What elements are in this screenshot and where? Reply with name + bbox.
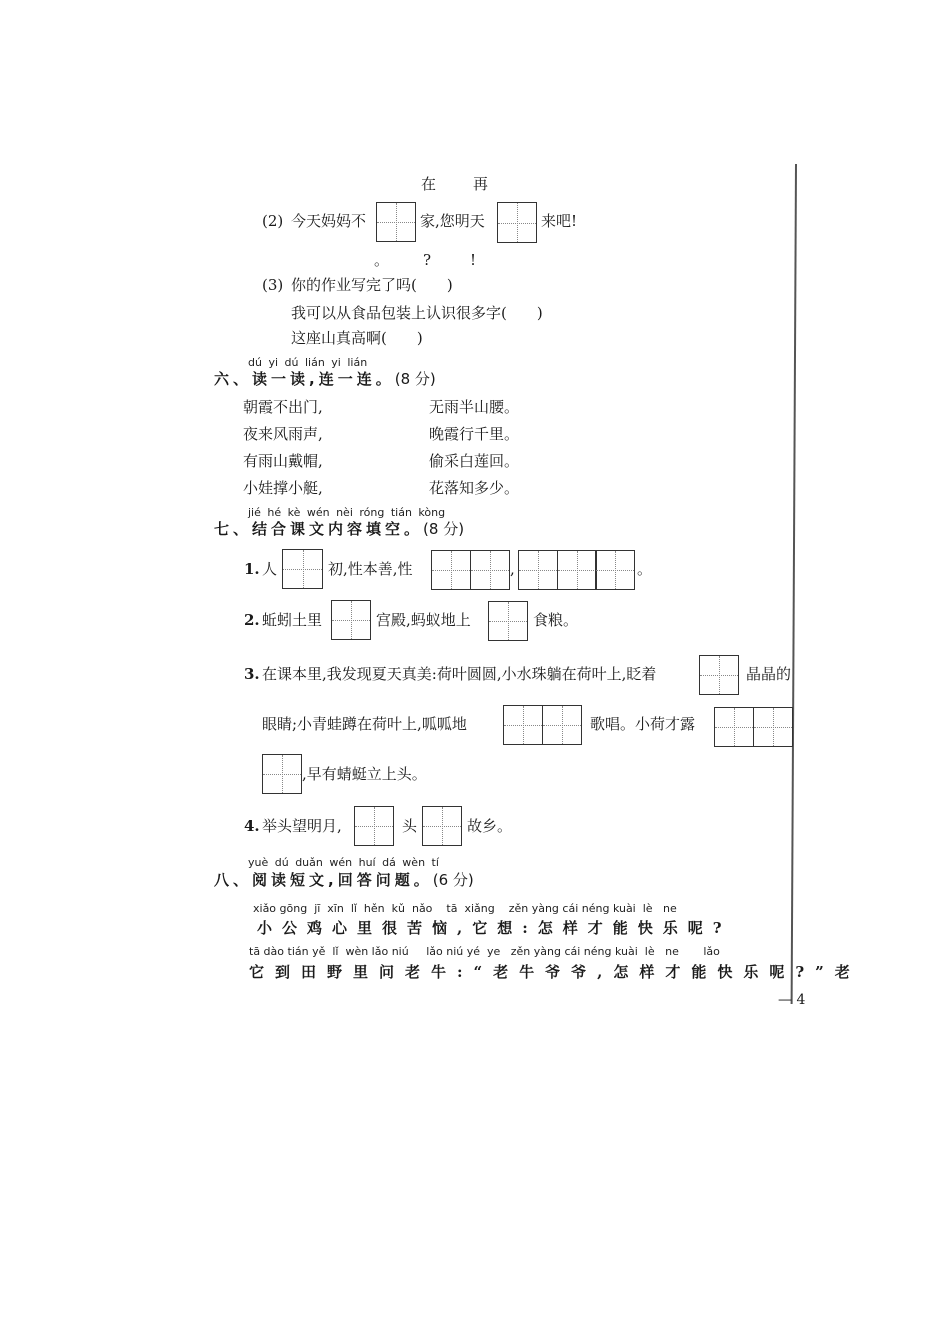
page-number: — 4 <box>778 993 805 1007</box>
match-left-2[interactable]: 夜来风雨声, <box>243 427 323 442</box>
q7-3-number: 3. <box>244 667 260 682</box>
section7-number: 七、 <box>214 520 252 538</box>
answer-cell[interactable] <box>542 705 582 745</box>
match-left-3[interactable]: 有雨山戴帽, <box>243 454 323 469</box>
section6-heading: 六、读一读,连一连。(8 分) <box>214 372 436 387</box>
passage-line2-pinyin: tā dào tián yě lǐ wèn lǎo niú lǎo niú yé… <box>249 946 720 957</box>
q7-3-part-4: 歌唱。小荷才露 <box>590 717 695 732</box>
q7-1-part-3: , <box>510 562 515 577</box>
q7-2-part-1: 蚯蚓土里 <box>262 613 322 628</box>
section7-pinyin: jié hé kè wén nèi róng tián kòng <box>248 507 445 518</box>
q7-2-number: 2. <box>244 613 260 628</box>
match-right-3[interactable]: 偷采白莲回。 <box>429 454 519 469</box>
answer-box[interactable] <box>354 806 394 846</box>
q7-4-part-2: 头 <box>402 819 417 834</box>
answer-box[interactable] <box>422 806 462 846</box>
q7-3-part-3: 眼睛;小青蛙蹲在荷叶上,呱呱地 <box>262 717 467 732</box>
binding-line <box>791 164 797 1004</box>
section8-number: 八、 <box>214 871 252 889</box>
match-left-1[interactable]: 朝霞不出门, <box>243 400 323 415</box>
q7-3-part-5: ,早有蜻蜓立上头。 <box>302 767 427 782</box>
section8-heading: 八、阅读短文,回答问题。(6 分) <box>214 873 474 888</box>
passage-line1-pinyin: xiǎo gōng jī xīn lǐ hěn kǔ nǎo tā xiǎng … <box>253 903 677 914</box>
section6-score: (8 分) <box>395 370 436 388</box>
answer-box[interactable] <box>331 600 371 640</box>
q7-3-part-1: 在课本里,我发现夏天真美:荷叶圆圆,小水珠躺在荷叶上,眨着 <box>262 667 656 682</box>
word-option-zai: 在 <box>421 177 436 192</box>
q7-4-part-3: 故乡。 <box>467 819 512 834</box>
q7-3-part-2: 晶晶的 <box>746 667 791 682</box>
section7-score: (8 分) <box>423 520 464 538</box>
word-option-zai2: 再 <box>473 177 488 192</box>
section7-heading: 七、结合课文内容填空。(8 分) <box>214 522 464 537</box>
q2-part-3: 来吧! <box>541 214 577 229</box>
answer-cell[interactable] <box>714 707 754 747</box>
q7-1-part-2: 初,性本善,性 <box>328 562 413 577</box>
section6-title: 读一读,连一连。 <box>252 370 395 388</box>
section8-title: 阅读短文,回答问题。 <box>252 871 433 889</box>
q7-2-part-2: 宫殿,蚂蚁地上 <box>376 613 471 628</box>
q3-label: (3) <box>262 278 283 293</box>
answer-grid-2[interactable] <box>431 550 510 590</box>
section7-title: 结合课文内容填空 <box>252 520 404 538</box>
section8-pinyin: yuè dú duǎn wén huí dá wèn tí <box>248 857 439 868</box>
section6-number: 六、 <box>214 370 252 388</box>
q7-1-number: 1. <box>244 562 260 577</box>
match-right-4[interactable]: 花落知多少。 <box>429 481 519 496</box>
answer-cell[interactable] <box>503 705 543 745</box>
q2-label: (2) <box>262 214 283 229</box>
q2-part-1: 今天妈妈不 <box>291 214 366 229</box>
section7-title-end: 。 <box>404 520 423 538</box>
answer-box[interactable] <box>488 601 528 641</box>
q3-sentence-2: 我可以从食品包装上认识很多字( ) <box>291 306 543 321</box>
q7-4-number: 4. <box>244 819 260 834</box>
answer-box[interactable] <box>376 202 416 242</box>
q2-part-2: 家,您明天 <box>420 214 485 229</box>
punct-option-question: ? <box>423 253 431 268</box>
answer-cell[interactable] <box>518 550 558 590</box>
section8-score: (6 分) <box>433 871 474 889</box>
answer-box[interactable] <box>497 202 537 243</box>
q3-sentence-1: 你的作业写完了吗( ) <box>291 278 453 293</box>
q7-1-part-4: 。 <box>637 562 652 577</box>
match-right-2[interactable]: 晚霞行千里。 <box>429 427 519 442</box>
passage-line1: 小公鸡心里很苦恼,它想:怎样才能快乐呢? <box>257 917 732 938</box>
punct-option-period: 。 <box>374 253 389 268</box>
q7-1-part-1: 人 <box>262 562 277 577</box>
section6-pinyin: dú yi dú lián yi lián <box>248 357 367 368</box>
q7-2-part-3: 食粮。 <box>533 613 578 628</box>
passage-line2: 它到田野里问老牛:“老牛爷爷,怎样才能快乐呢?”老 <box>249 961 861 982</box>
answer-grid-2[interactable] <box>503 705 582 745</box>
punct-option-exclaim: ! <box>470 253 476 268</box>
q7-4-part-1: 举头望明月, <box>262 819 342 834</box>
q3-sentence-3: 这座山真高啊( ) <box>291 331 423 346</box>
match-left-4[interactable]: 小娃撑小艇, <box>243 481 323 496</box>
answer-cell[interactable] <box>470 550 510 590</box>
match-right-1[interactable]: 无雨半山腰。 <box>429 400 519 415</box>
answer-grid-2[interactable] <box>714 707 793 747</box>
answer-cell[interactable] <box>595 550 635 590</box>
answer-cell[interactable] <box>431 550 471 590</box>
answer-cell[interactable] <box>753 707 793 747</box>
answer-box[interactable] <box>282 549 323 589</box>
answer-cell[interactable] <box>557 550 597 590</box>
answer-grid-3[interactable] <box>518 550 635 590</box>
answer-box[interactable] <box>262 754 302 794</box>
answer-box[interactable] <box>699 655 739 695</box>
